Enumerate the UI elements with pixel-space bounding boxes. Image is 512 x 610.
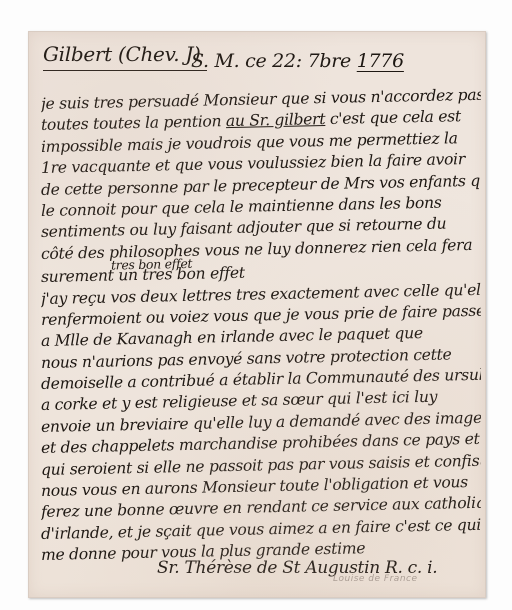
line-text: surement un tres bon effet — [41, 264, 245, 286]
pencil-annotation: Louise de France — [333, 574, 418, 584]
line-text: toutes toutes la pention — [41, 113, 226, 135]
underlined-text: au Sr. gilbert — [226, 110, 326, 130]
letter-sheet: Gilbert (Chev. J) S. M. ce 22: 7bre 1776… — [28, 31, 486, 598]
date-year: 1776 — [357, 50, 404, 72]
letter-date: S. M. ce 22: 7bre 1776 — [191, 50, 404, 72]
line-text-after: c'est que cela est — [325, 108, 461, 129]
letter-body: je suis tres persuadé Monsieur que si vo… — [41, 94, 481, 567]
date-prefix: S. M. ce 22: 7bre — [191, 50, 351, 72]
photo-background: Gilbert (Chev. J) S. M. ce 22: 7bre 1776… — [0, 0, 512, 610]
recipient-name: Gilbert (Chev. J) — [43, 42, 207, 71]
